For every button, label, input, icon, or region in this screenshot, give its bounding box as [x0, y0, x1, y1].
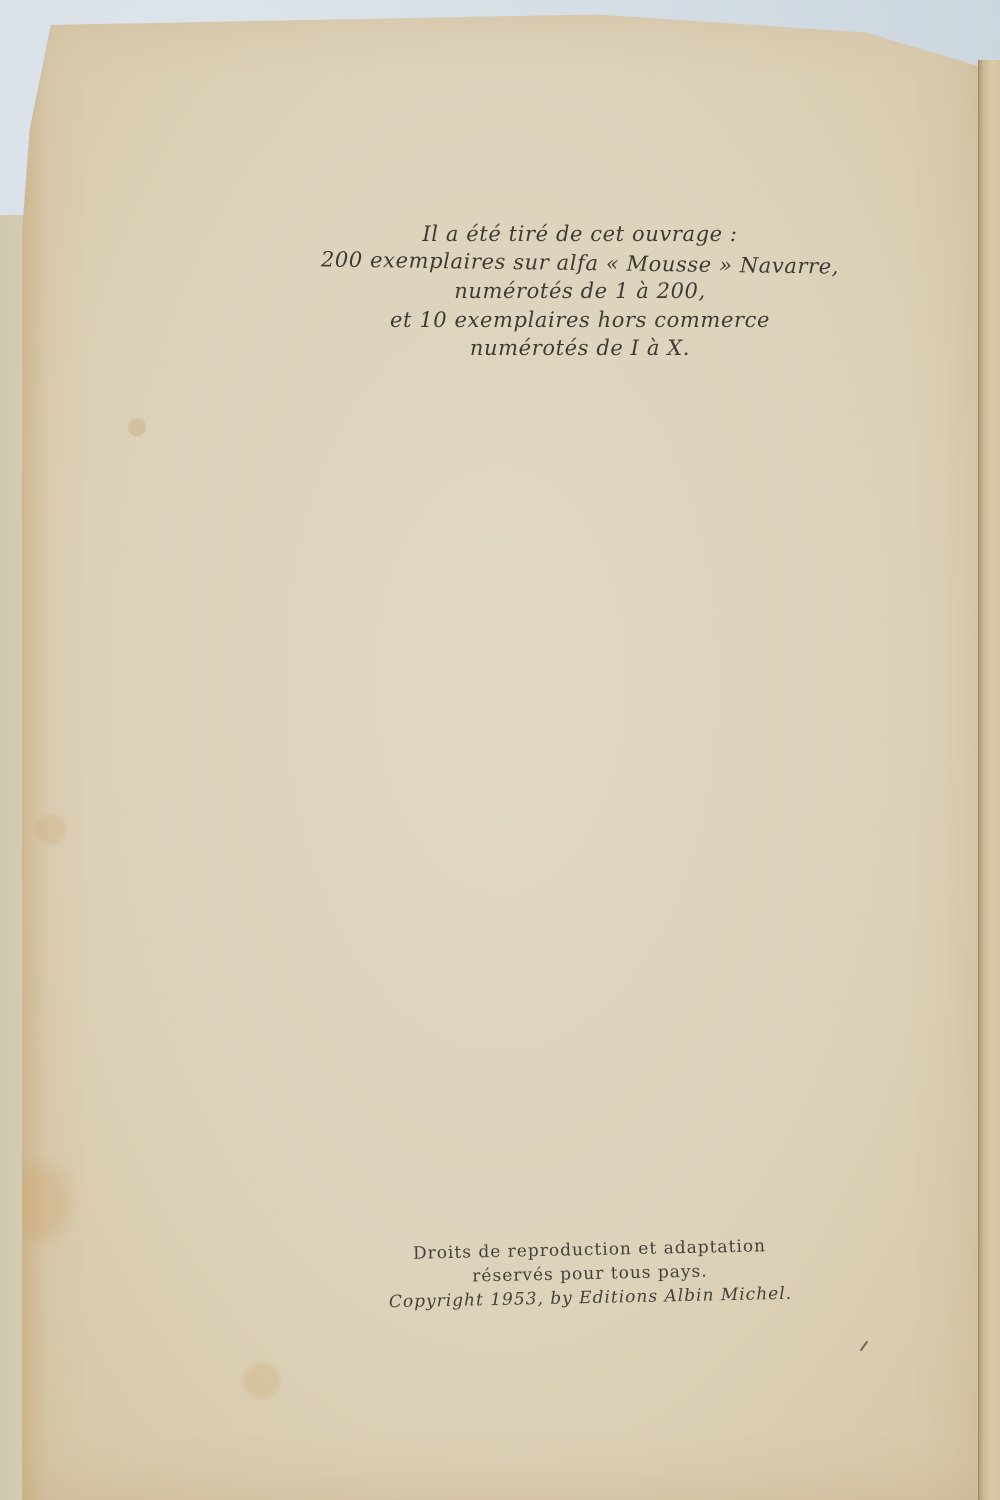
edition-line-4: et 10 exemplaires hors commerce	[270, 306, 890, 335]
edition-notice: Il a été tiré de cet ouvrage : 200 exemp…	[270, 220, 890, 363]
book-gutter	[978, 60, 1000, 1500]
edition-line-2: 200 exemplaires sur alfa « Mousse » Nava…	[270, 244, 890, 281]
edition-line-3: numérotés de 1 à 200,	[270, 277, 890, 306]
edition-line-5: numérotés de I à X.	[270, 334, 890, 363]
rights-notice: Droits de reproduction et adaptation rés…	[319, 1232, 860, 1315]
edition-line-1: Il a été tiré de cet ouvrage :	[270, 220, 890, 249]
